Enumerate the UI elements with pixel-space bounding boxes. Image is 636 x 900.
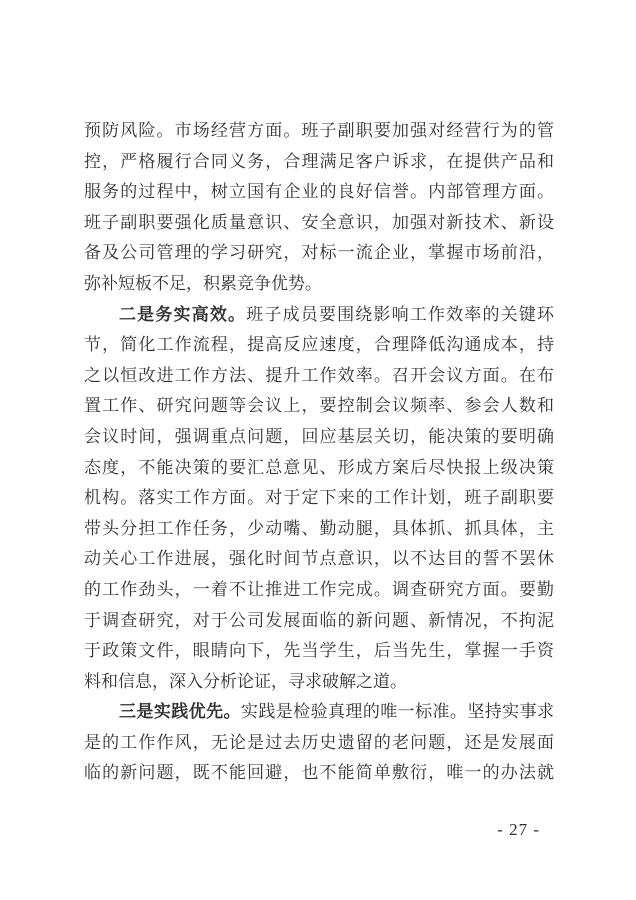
text-line: 带头分担工作任务，少动嘴、勤动腿，具体抓、抓具体，主	[84, 514, 554, 545]
text-line: 的工作劲头，一着不让推进工作完成。调查研究方面。要勤	[84, 575, 554, 606]
text-line: 于政策文件，眼睛向下，先当学生，后当先生，掌握一手资	[84, 636, 554, 667]
paragraph-start-line: 二是务实高效。班子成员要围绕影响工作效率的关键环	[84, 300, 554, 331]
text-line: 预防风险。市场经营方面。班子副职要加强对经营行为的管	[84, 116, 554, 147]
text-line: 临的新问题，既不能回避，也不能简单敷衍，唯一的办法就	[84, 758, 554, 789]
text-line: 班子副职要强化质量意识、安全意识，加强对新技术、新设	[84, 208, 554, 239]
paragraph-lead-rest: 班子成员要围绕影响工作效率的关键环	[246, 305, 554, 324]
text-line: 备及公司管理的学习研究，对标一流企业，掌握市场前沿，	[84, 238, 554, 269]
paragraph-lead-bold: 三是实践优先。	[119, 702, 241, 721]
text-line-paragraph-end: 弥补短板不足，积累竞争优势。	[84, 269, 554, 300]
text-line: 机构。落实工作方面。对于定下来的工作计划，班子副职要	[84, 483, 554, 514]
text-line: 置工作、研究问题等会议上，要控制会议频率、参会人数和	[84, 391, 554, 422]
paragraph-start-line: 三是实践优先。实践是检验真理的唯一标准。坚持实事求	[84, 697, 554, 728]
text-line: 节，简化工作流程，提高反应速度，合理降低沟通成本，持	[84, 330, 554, 361]
text-line: 之以恒改进工作方法、提升工作效率。召开会议方面。在布	[84, 361, 554, 392]
paragraph-lead-bold: 二是务实高效。	[119, 305, 246, 324]
text-line: 控，严格履行合同义务，合理满足客户诉求，在提供产品和	[84, 147, 554, 178]
text-line: 动关心工作进展，强化时间节点意识，以不达目的誓不罢休	[84, 544, 554, 575]
text-line: 态度，不能决策的要汇总意见、形成方案后尽快报上级决策	[84, 453, 554, 484]
text-line: 会议时间，强调重点问题，回应基层关切，能决策的要明确	[84, 422, 554, 453]
document-body: 预防风险。市场经营方面。班子副职要加强对经营行为的管 控，严格履行合同义务，合理…	[84, 116, 554, 789]
paragraph-lead-rest: 实践是检验真理的唯一标准。坚持实事求	[241, 702, 554, 721]
document-page: 预防风险。市场经营方面。班子副职要加强对经营行为的管 控，严格履行合同义务，合理…	[0, 0, 636, 900]
page-number: - 27 -	[0, 820, 540, 840]
text-line-paragraph-end: 料和信息，深入分析论证，寻求破解之道。	[84, 667, 554, 698]
text-line: 于调查研究，对于公司发展面临的新问题、新情况，不拘泥	[84, 606, 554, 637]
text-line: 服务的过程中，树立国有企业的良好信誉。内部管理方面。	[84, 177, 554, 208]
text-line: 是的工作作风，无论是过去历史遗留的老问题，还是发展面	[84, 728, 554, 759]
